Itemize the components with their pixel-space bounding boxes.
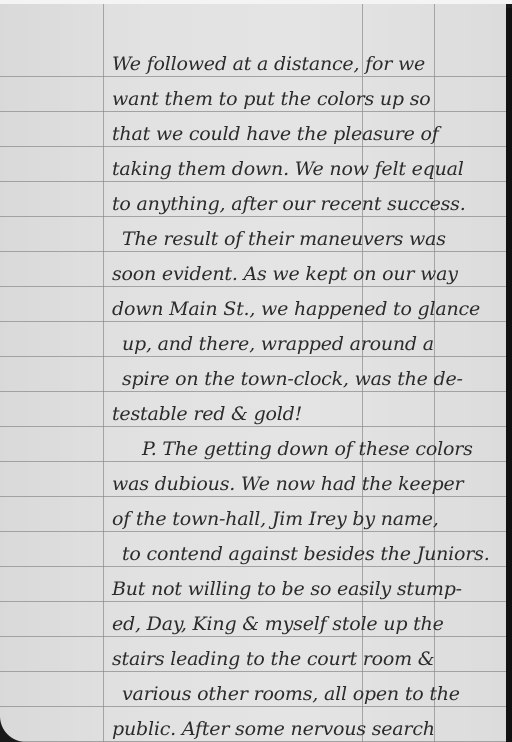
handwritten-line: down Main St., we happened to glance <box>112 292 502 327</box>
page-edge-shadow <box>506 8 512 742</box>
handwritten-line: various other rooms, all open to the <box>112 677 502 712</box>
notebook-page: We followed at a distance, for wewant th… <box>0 4 506 742</box>
handwritten-line: want them to put the colors up so <box>112 82 502 117</box>
handwritten-line: testable red & gold! <box>112 397 502 432</box>
handwritten-line: We followed at a distance, for we <box>112 47 502 82</box>
handwritten-line: soon evident. As we kept on our way <box>112 257 502 292</box>
handwritten-line: ed, Day, King & myself stole up the <box>112 607 502 642</box>
handwritten-line: The result of their maneuvers was <box>112 222 502 257</box>
handwritten-line: stairs leading to the court room & <box>112 642 502 677</box>
handwritten-line: But not willing to be so easily stump- <box>112 572 502 607</box>
handwritten-line: taking them down. We now felt equal <box>112 152 502 187</box>
handwritten-line: P. The getting down of these colors <box>112 432 502 467</box>
handwritten-line: up, and there, wrapped around a <box>112 327 502 362</box>
handwritten-line: public. After some nervous search <box>112 712 502 742</box>
handwritten-text: We followed at a distance, for wewant th… <box>112 47 502 742</box>
handwritten-line: was dubious. We now had the keeper <box>112 467 502 502</box>
handwritten-line: to anything, after our recent success. <box>112 187 502 222</box>
handwritten-line: that we could have the pleasure of <box>112 117 502 152</box>
handwritten-line: to contend against besides the Juniors. <box>112 537 502 572</box>
handwritten-line: spire on the town-clock, was the de- <box>112 362 502 397</box>
margin-line <box>103 4 104 742</box>
handwritten-line: of the town-hall, Jim Irey by name, <box>112 502 502 537</box>
